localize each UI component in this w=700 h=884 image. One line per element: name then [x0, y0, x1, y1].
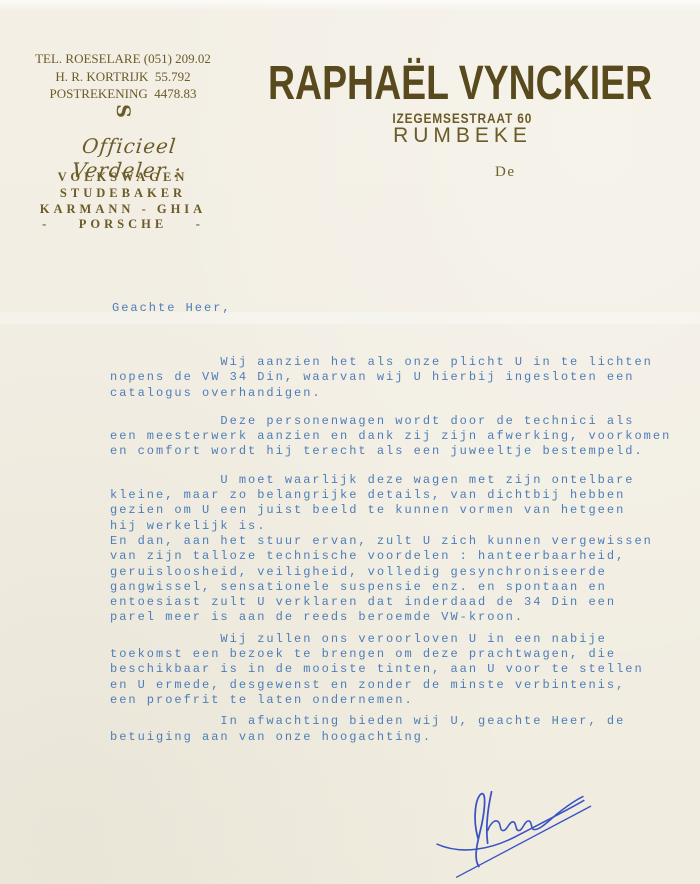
typewritten-line: van zijn talloze technische voordelen : …	[110, 549, 690, 564]
salutation: Geachte Heer,	[112, 301, 232, 315]
scan-artifact-band	[0, 312, 700, 324]
letter-page: { "colors": { "paper": "#f2eee3", "heade…	[0, 0, 700, 884]
paragraph: Deze personenwagen wordt door de technic…	[110, 414, 690, 460]
typewritten-line: een proefrit te laten ondernemen.	[110, 693, 690, 708]
brand-line: KARMANN - GHIA	[33, 202, 213, 218]
typewritten-line: En dan, aan het stuur ervan, zult U zich…	[110, 534, 690, 549]
typewritten-line: In afwachting bieden wij U, geachte Heer…	[110, 714, 690, 729]
contact-line: H. R. KORTRIJK 55.792	[33, 68, 213, 86]
typewritten-line: en comfort wordt hij terecht als een juw…	[110, 444, 690, 459]
brand-line: VOLKSWAGEN	[33, 170, 213, 186]
brand-line: STUDEBAKER	[33, 186, 213, 202]
typewritten-line: en U ermede, desgewenst en zonder de min…	[110, 678, 690, 693]
company-name: RAPHAËL VYNCKIER	[268, 56, 652, 111]
rotated-s-ornament-icon: S	[112, 104, 134, 118]
paragraph: Wij aanzien het als onze plicht U in te …	[110, 355, 690, 401]
typewritten-line: betuiging aan van onze hoogachting.	[110, 730, 690, 745]
typewritten-line: een meesterwerk aanzien en dank zij zijn…	[110, 429, 690, 444]
date-prefix: De	[495, 164, 516, 181]
brand-list: VOLKSWAGENSTUDEBAKERKARMANN - GHIA- PORS…	[33, 170, 213, 233]
typewritten-line: U moet waarlijk deze wagen met zijn onte…	[110, 473, 690, 488]
typewritten-line: Deze personenwagen wordt door de technic…	[110, 414, 690, 429]
contact-line: TEL. ROESELARE (051) 209.02	[33, 50, 213, 68]
typewritten-line: hij werkelijk is.	[110, 519, 690, 534]
paragraph: Wij zullen ons veroorloven U in een nabi…	[110, 632, 690, 708]
company-city: RUMBEKE	[393, 124, 532, 148]
typewritten-line: nopens de VW 34 Din, waarvan wij U hierb…	[110, 370, 690, 385]
typewritten-line: entoesiast zult U verklaren dat inderdaa…	[110, 595, 690, 610]
typewritten-line: gangwissel, sensationele suspensie enz. …	[110, 580, 690, 595]
paragraph: In afwachting bieden wij U, geachte Heer…	[110, 714, 690, 745]
signature-svg	[415, 782, 605, 884]
contact-block: TEL. ROESELARE (051) 209.02H. R. KORTRIJ…	[33, 50, 213, 103]
typewritten-line: parel meer is aan de reeds beroemde VW-k…	[110, 610, 690, 625]
typewritten-line: gezien om U een juist beeld te kunnen vo…	[110, 503, 690, 518]
typewritten-line: Wij zullen ons veroorloven U in een nabi…	[110, 632, 690, 647]
paragraph: U moet waarlijk deze wagen met zijn onte…	[110, 473, 690, 626]
typewritten-line: kleine, maar zo belangrijke details, van…	[110, 488, 690, 503]
ornament-wrap: S	[33, 100, 213, 122]
typewritten-line: geruisloosheid, veiligheid, volledig ges…	[110, 565, 690, 580]
company-city-wrap: RUMBEKE	[345, 124, 580, 148]
typewritten-line: Wij aanzien het als onze plicht U in te …	[110, 355, 690, 370]
brand-line: - PORSCHE -	[33, 217, 213, 233]
typewritten-line: beschikbaar is in de mooiste tinten, aan…	[110, 662, 690, 677]
handwritten-signature	[415, 782, 605, 884]
typewritten-line: catalogus overhandigen.	[110, 386, 690, 401]
letter-body: Wij aanzien het als onze plicht U in te …	[110, 355, 690, 745]
typewritten-line: toekomst een bezoek te brengen om deze p…	[110, 647, 690, 662]
